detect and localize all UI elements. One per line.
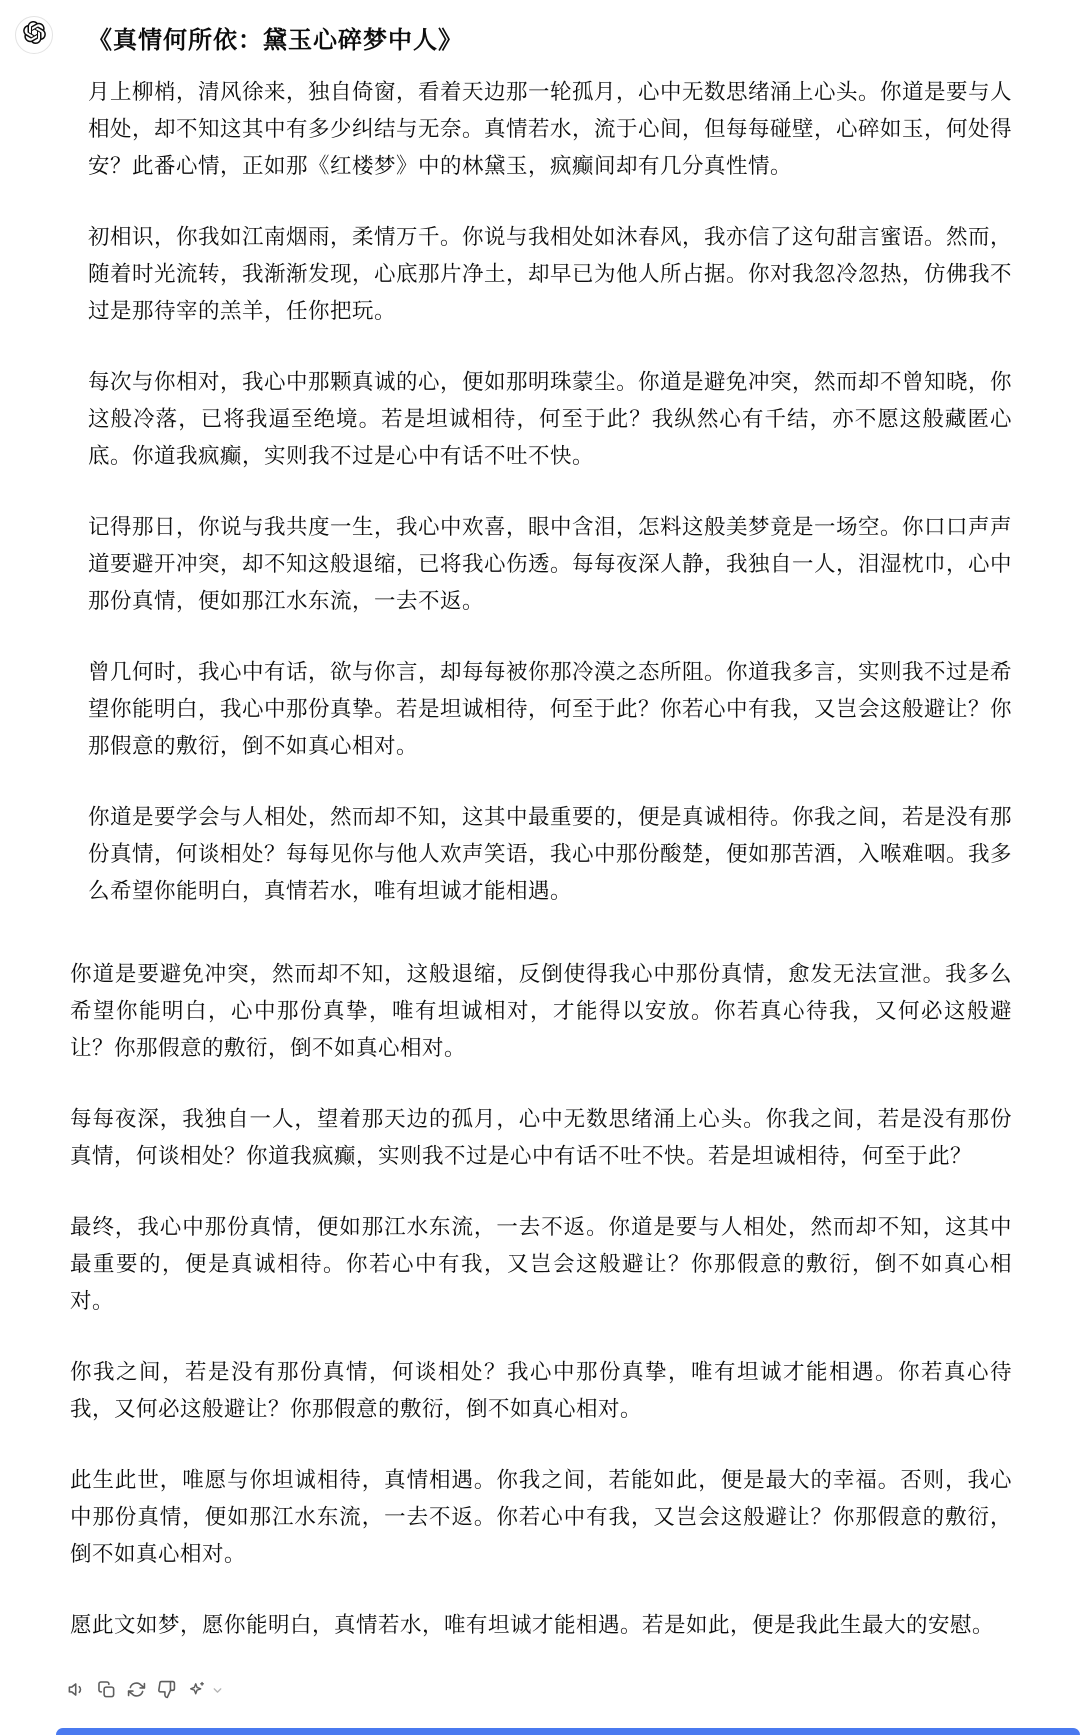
copy-icon	[97, 1680, 116, 1702]
essay-paragraph: 曾几何时，我心中有话，欲与你言，却每每被你那冷漠之态所阻。你道我多言，实则我不过…	[88, 654, 1012, 765]
essay-paragraph: 记得那日，你说与我共度一生，我心中欢喜，眼中含泪，怎料这般美梦竟是一场空。你口口…	[88, 509, 1012, 620]
thumbs-down-icon	[157, 1680, 176, 1702]
chevron-down-icon[interactable]	[208, 1678, 226, 1703]
copy-button[interactable]	[94, 1678, 119, 1703]
model-switcher-button[interactable]	[184, 1678, 209, 1703]
assistant-avatar	[15, 16, 53, 54]
essay-paragraph: 你道是要避免冲突，然而却不知，这般退缩，反倒使得我心中那份真情，愈发无法宣泄。我…	[70, 956, 1012, 1067]
composer-top-edge[interactable]	[56, 1728, 1080, 1735]
essay-section-2: 你道是要避免冲突，然而却不知，这般退缩，反倒使得我心中那份真情，愈发无法宣泄。我…	[70, 956, 1012, 1644]
essay-paragraph: 初相识，你我如江南烟雨，柔情万千。你说与我相处如沐春风，我亦信了这句甜言蜜语。然…	[88, 219, 1012, 330]
essay-paragraph: 愿此文如梦，愿你能明白，真情若水，唯有坦诚才能相遇。若是如此，便是我此生最大的安…	[70, 1607, 1012, 1644]
model-switcher-sparkle-icon	[187, 1680, 206, 1702]
chat-page: 《真情何所依：黛玉心碎梦中人》 月上柳梢，清风徐来，独自倚窗，看着天边那一轮孤月…	[0, 0, 1080, 1735]
regenerate-icon	[127, 1680, 146, 1702]
essay-section-1: 月上柳梢，清风徐来，独自倚窗，看着天边那一轮孤月，心中无数思绪涌上心头。你道是要…	[70, 74, 1012, 910]
assistant-message: 《真情何所依：黛玉心碎梦中人》 月上柳梢，清风徐来，独自倚窗，看着天边那一轮孤月…	[70, 14, 1012, 1703]
message-toolbar	[64, 1678, 1012, 1703]
chatgpt-logo-icon	[23, 21, 46, 49]
essay-paragraph: 此生此世，唯愿与你坦诚相待，真情相遇。你我之间，若能如此，便是最大的幸福。否则，…	[70, 1462, 1012, 1573]
essay-paragraph: 你道是要学会与人相处，然而却不知，这其中最重要的，便是真诚相待。你我之间，若是没…	[88, 799, 1012, 910]
read-aloud-button[interactable]	[64, 1678, 89, 1703]
thumbs-down-button[interactable]	[154, 1678, 179, 1703]
essay-paragraph: 最终，我心中那份真情，便如那江水东流，一去不返。你道是要与人相处，然而却不知，这…	[70, 1209, 1012, 1320]
essay-paragraph: 月上柳梢，清风徐来，独自倚窗，看着天边那一轮孤月，心中无数思绪涌上心头。你道是要…	[88, 74, 1012, 185]
essay-title: 《真情何所依：黛玉心碎梦中人》	[88, 20, 1012, 55]
essay-paragraph: 你我之间，若是没有那份真情，何谈相处？我心中那份真挚，唯有坦诚才能相遇。你若真心…	[70, 1354, 1012, 1428]
read-aloud-icon	[67, 1680, 86, 1702]
regenerate-button[interactable]	[124, 1678, 149, 1703]
essay-paragraph: 每每夜深，我独自一人，望着那天边的孤月，心中无数思绪涌上心头。你我之间，若是没有…	[70, 1101, 1012, 1175]
essay-paragraph: 每次与你相对，我心中那颗真诚的心，便如那明珠蒙尘。你道是避免冲突，然而却不曾知晓…	[88, 364, 1012, 475]
